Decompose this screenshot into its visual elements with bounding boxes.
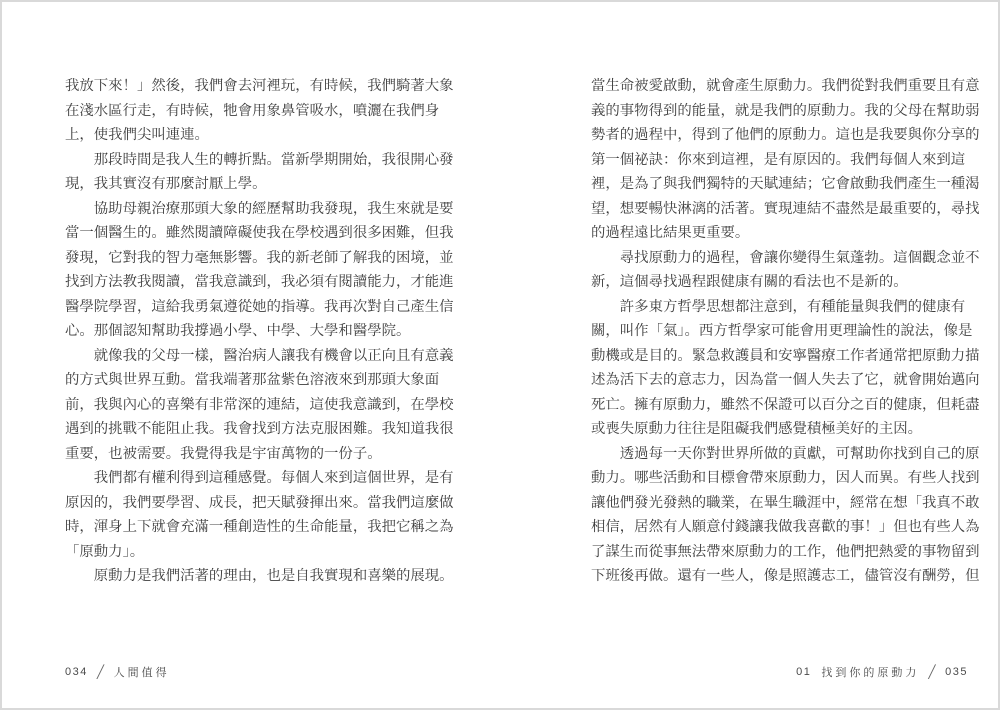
left-page-footer: 034 ╱ 人間值得 — [65, 664, 170, 680]
text-line: 許多東方哲學思想都注意到，有種能量與我們的健康有 — [591, 295, 986, 320]
text-line: 我們都有權利得到這種感覺。每個人來到這個世界，是有 — [65, 466, 460, 491]
text-line: 原因的，我們要學習、成長，把天賦發揮出來。當我們這麼做 — [65, 491, 460, 516]
text-line: 當一個醫生的。雖然閱讀障礙使我在學校遇到很多困難，但我 — [65, 221, 460, 246]
separator-slash-icon: ╱ — [928, 665, 936, 680]
text-line: 勢者的過程中，得到了他們的原動力。這也是我要與你分享的 — [591, 123, 986, 148]
text-line: 述為活下去的意志力，因為當一個人失去了它，就會開始邁向 — [591, 368, 986, 393]
text-line: 讓他們發光發熱的職業，在畢生職涯中，經常在想「我真不敢 — [591, 491, 986, 516]
text-line: 現，我其實沒有那麼討厭上學。 — [65, 172, 460, 197]
text-line: 了謀生而從事無法帶來原動力的工作，他們把熱愛的事物留到 — [591, 540, 986, 565]
text-line: 前，我與內心的喜樂有非常深的連結，這使我意識到，在學校 — [65, 393, 460, 418]
text-line: 心。那個認知幫助我撐過小學、中學、大學和醫學院。 — [65, 319, 460, 344]
text-line: 協助母親治療那頭大象的經歷幫助我發現，我生來就是要 — [65, 197, 460, 222]
text-line: 義的事物得到的能量，就是我們的原動力。我的父母在幫助弱 — [591, 99, 986, 124]
text-line: 上，使我們尖叫連連。 — [65, 123, 460, 148]
text-line: 動機或是目的。緊急救護員和安寧醫療工作者通常把原動力描 — [591, 344, 986, 369]
text-line: 尋找原動力的過程，會讓你變得生氣蓬勃。這個觀念並不 — [591, 246, 986, 271]
text-line: 我放下來！」然後，我們會去河裡玩，有時候，我們騎著大象 — [65, 74, 460, 99]
left-page-number: 034 — [65, 666, 88, 678]
text-line: 醫學院學習，這給我勇氣遵從她的指導。我再次對自己產生信 — [65, 295, 460, 320]
text-line: 在淺水區行走，有時候，牠會用象鼻管吸水，噴灑在我們身 — [65, 99, 460, 124]
text-line: 那段時間是我人生的轉折點。當新學期開始，我很開心發 — [65, 148, 460, 173]
book-title: 人間值得 — [114, 664, 170, 680]
right-page-text: 當生命被愛啟動，就會產生原動力。我們從對我們重要且有意義的事物得到的能量，就是我… — [591, 74, 986, 589]
right-page-number: 035 — [945, 666, 968, 678]
text-line: 動力。哪些活動和目標會帶來原動力，因人而異。有些人找到 — [591, 466, 986, 491]
text-line: 相信，居然有人願意付錢讓我做我喜歡的事！」但也有些人為 — [591, 515, 986, 540]
text-line: 「原動力」。 — [65, 540, 460, 565]
chapter-number: 01 — [796, 666, 811, 678]
text-line: 就像我的父母一樣，醫治病人讓我有機會以正向且有意義 — [65, 344, 460, 369]
separator-slash-icon: ╱ — [97, 665, 105, 680]
book-spread: 我放下來！」然後，我們會去河裡玩，有時候，我們騎著大象在淺水區行走，有時候，牠會… — [0, 0, 1000, 710]
text-line: 重要，也被需要。我覺得我是宇宙萬物的一份子。 — [65, 442, 460, 467]
chapter-title: 找到你的原動力 — [821, 664, 919, 680]
text-line: 望，想要暢快淋漓的活著。實現連結不盡然是最重要的，尋找 — [591, 197, 986, 222]
text-line: 新，這個尋找過程跟健康有關的看法也不是新的。 — [591, 270, 986, 295]
text-line: 下班後再做。還有一些人，像是照護志工，儘管沒有酬勞，但 — [591, 564, 986, 589]
left-page-text: 我放下來！」然後，我們會去河裡玩，有時候，我們騎著大象在淺水區行走，有時候，牠會… — [65, 74, 460, 589]
text-line: 透過每一天你對世界所做的貢獻，可幫助你找到自己的原 — [591, 442, 986, 467]
text-line: 時，渾身上下就會充滿一種創造性的生命能量，我把它稱之為 — [65, 515, 460, 540]
text-line: 裡，是為了與我們獨特的天賦連結；它會啟動我們產生一種渴 — [591, 172, 986, 197]
text-line: 關，叫作「氣」。西方哲學家可能會用更理論性的說法，像是 — [591, 319, 986, 344]
text-line: 的方式與世界互動。當我端著那盆紫色溶液來到那頭大象面 — [65, 368, 460, 393]
right-page-footer: 01 找到你的原動力 ╱ 035 — [796, 664, 968, 680]
text-line: 第一個祕訣：你來到這裡，是有原因的。我們每個人來到這 — [591, 148, 986, 173]
text-line: 死亡。擁有原動力，雖然不保證可以百分之百的健康，但耗盡 — [591, 393, 986, 418]
text-line: 原動力是我們活著的理由，也是自我實現和喜樂的展現。 — [65, 564, 460, 589]
text-line: 當生命被愛啟動，就會產生原動力。我們從對我們重要且有意 — [591, 74, 986, 99]
text-line: 發現，它對我的智力毫無影響。我的新老師了解我的困境，並 — [65, 246, 460, 271]
text-line: 遇到的挑戰不能阻止我。我會找到方法克服困難。我知道我很 — [65, 417, 460, 442]
text-line: 的過程遠比結果更重要。 — [591, 221, 986, 246]
text-line: 或喪失原動力往往是阻礙我們感覺積極美好的主因。 — [591, 417, 986, 442]
text-line: 找到方法教我閱讀，當我意識到，我必須有閱讀能力，才能進 — [65, 270, 460, 295]
